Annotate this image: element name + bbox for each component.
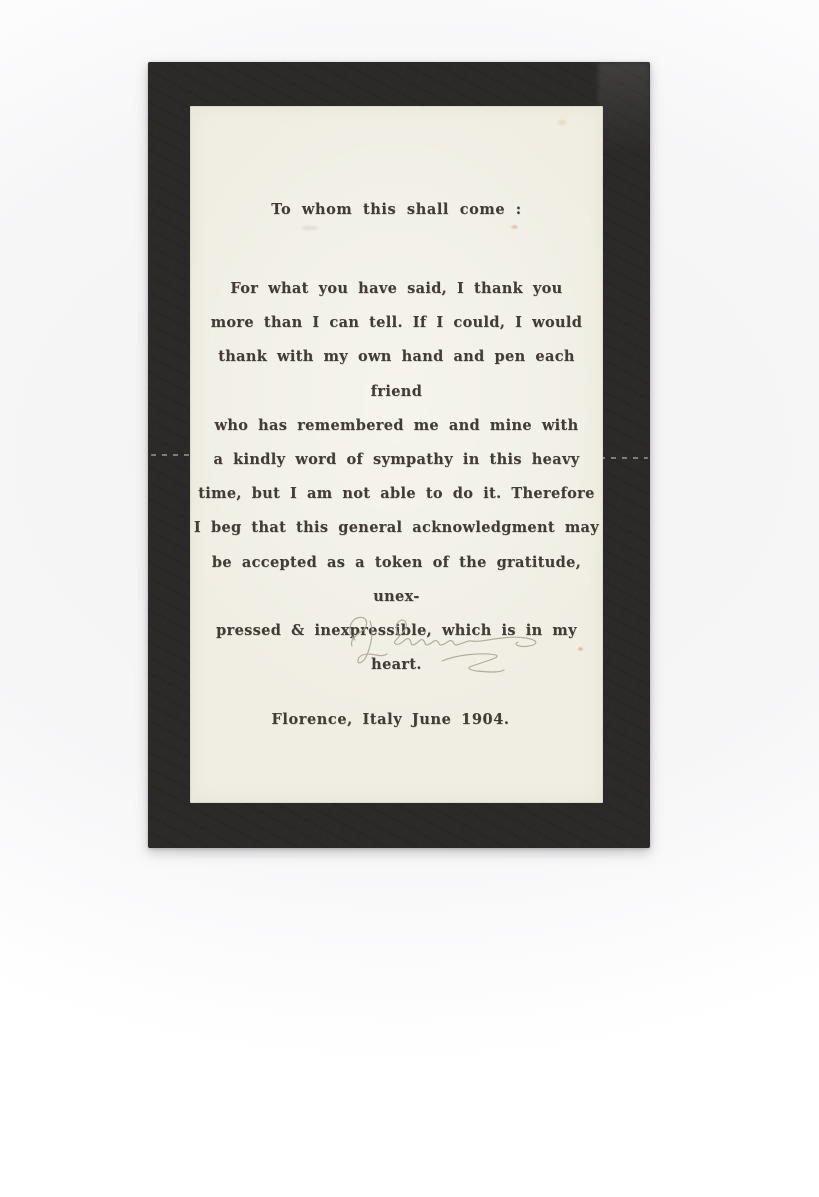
- letter-line: I beg that this general acknowledgment m…: [190, 511, 603, 545]
- paper-smudge: [302, 226, 318, 230]
- clemens-signature: [340, 614, 552, 686]
- letter-paper: To whom this shall come : For what you h…: [190, 106, 603, 803]
- card-corner-highlight: [598, 62, 650, 157]
- letter-line: time, but I am not able to do it. Theref…: [190, 477, 603, 511]
- letter-line: thank with my own hand and pen each frie…: [190, 340, 603, 408]
- fold-crease-left: [151, 454, 191, 456]
- foxing-spot: [556, 118, 568, 127]
- letter-line: a kindly word of sympathy in this heavy: [190, 443, 603, 477]
- foxing-spot: [510, 224, 519, 230]
- letter-line: be accepted as a token of the gratitude,…: [190, 546, 603, 614]
- letter-line: For what you have said, I thank you: [190, 272, 603, 306]
- letter-line: more than I can tell. If I could, I woul…: [190, 306, 603, 340]
- letter-line: who has remembered me and mine with: [190, 409, 603, 443]
- letter-dateline: Florence, Italy June 1904.: [184, 711, 597, 728]
- mourning-card: To whom this shall come : For what you h…: [148, 62, 650, 848]
- photo-backdrop: To whom this shall come : For what you h…: [0, 0, 819, 1197]
- letter-salutation: To whom this shall come :: [190, 201, 603, 218]
- fold-crease-right: [600, 457, 648, 459]
